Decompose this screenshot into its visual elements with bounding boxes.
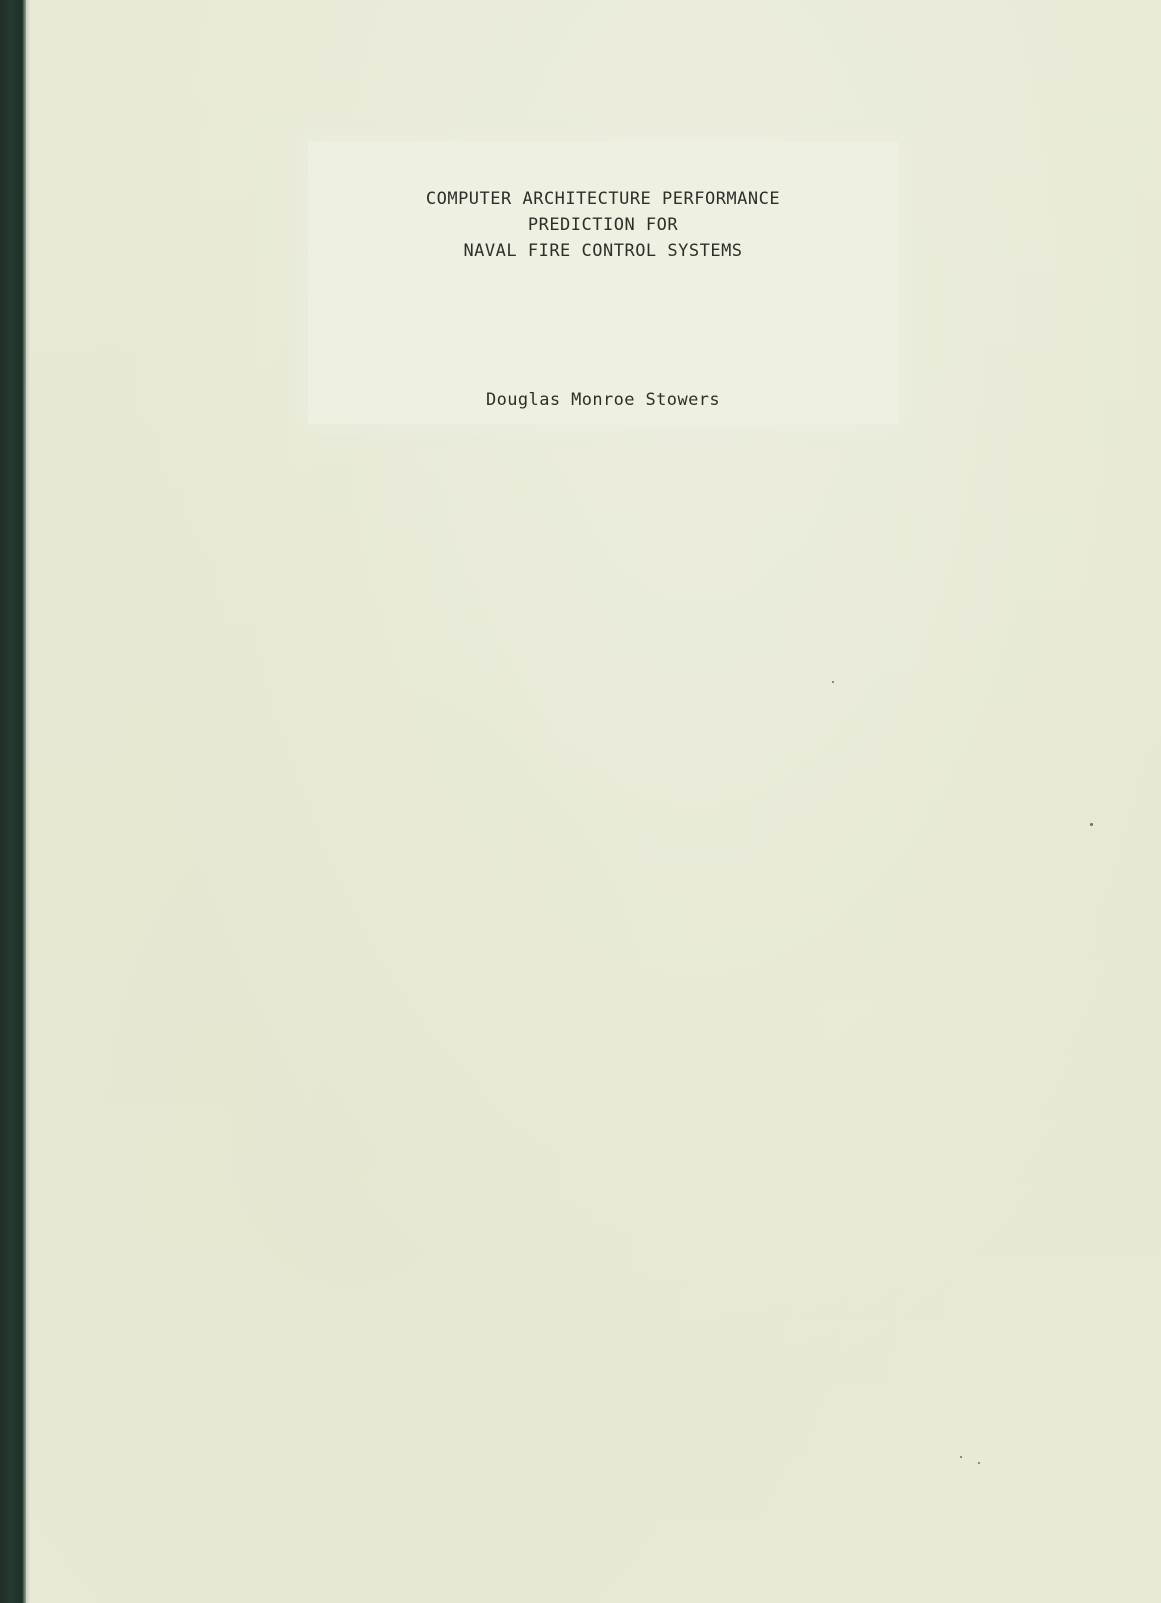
title-label-panel — [308, 142, 898, 424]
paper-speck — [960, 1456, 962, 1458]
author-name: Douglas Monroe Stowers — [308, 390, 898, 410]
paper-speck — [978, 1462, 980, 1464]
spine-binding — [0, 0, 26, 1603]
title-line-3: NAVAL FIRE CONTROL SYSTEMS — [308, 238, 898, 264]
binding-edge — [26, 0, 30, 1603]
title-line-2: PREDICTION FOR — [308, 212, 898, 238]
paper-speck — [832, 681, 834, 683]
title-line-1: COMPUTER ARCHITECTURE PERFORMANCE — [308, 186, 898, 212]
paper-speck — [1090, 823, 1093, 826]
document-title: COMPUTER ARCHITECTURE PERFORMANCE PREDIC… — [308, 186, 898, 264]
